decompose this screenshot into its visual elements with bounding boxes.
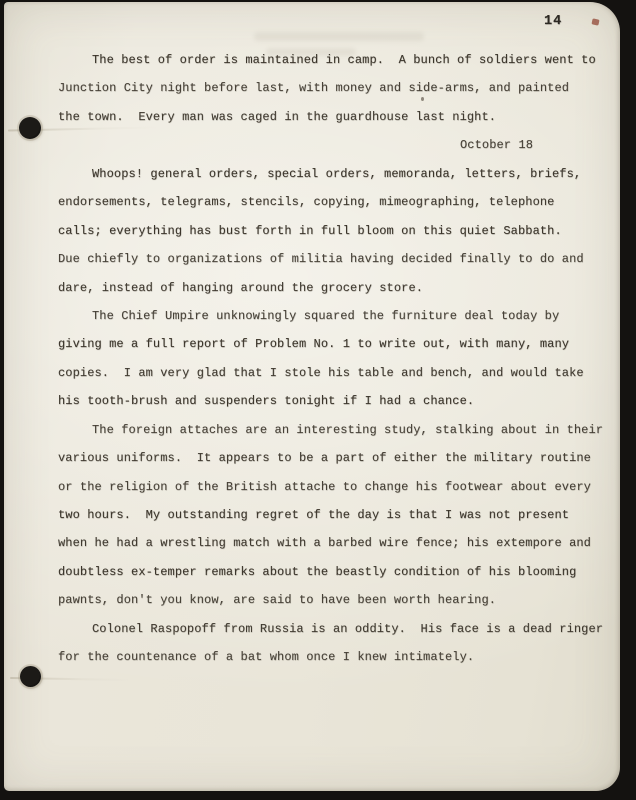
red-ink-fleck [591, 18, 599, 25]
text-line: doubtless ex-temper remarks about the be… [58, 558, 590, 586]
text-line: his tooth-brush and suspenders tonight i… [58, 387, 590, 415]
typewritten-text: The best of order is maintained in camp.… [58, 46, 590, 672]
text-line: the town. Every man was caged in the gua… [58, 103, 590, 131]
text-line: giving me a full report of Problem No. 1… [58, 330, 590, 358]
page-number: 14 [544, 14, 562, 29]
date-heading: October 18 [58, 131, 590, 159]
text-line: Due chiefly to organizations of militia … [58, 245, 590, 273]
text-line: Colonel Raspopoff from Russia is an oddi… [58, 615, 590, 643]
text-line: copies. I am very glad that I stole his … [58, 359, 590, 387]
text-line: or the religion of the British attache t… [58, 473, 590, 501]
text-line: The best of order is maintained in camp.… [58, 46, 590, 74]
text-line: The Chief Umpire unknowingly squared the… [58, 302, 590, 330]
text-line: pawnts, don't you know, are said to have… [58, 586, 590, 614]
text-line: Whoops! general orders, special orders, … [58, 160, 590, 188]
punch-hole-top [19, 117, 41, 139]
text-line: The foreign attaches are an interesting … [58, 416, 590, 444]
ink-smudge [254, 32, 424, 41]
text-line: two hours. My outstanding regret of the … [58, 501, 590, 529]
text-line: dare, instead of hanging around the groc… [58, 274, 590, 302]
scanned-page: 14 The best of order is maintained in ca… [4, 2, 620, 791]
text-line: when he had a wrestling match with a bar… [58, 529, 590, 557]
text-line: endorsements, telegrams, stencils, copyi… [58, 188, 590, 216]
text-line: various uniforms. It appears to be a par… [58, 444, 590, 472]
text-line: for the countenance of a bat whom once I… [58, 643, 590, 671]
punch-hole-bottom [20, 666, 41, 687]
text-line: Junction City night before last, with mo… [58, 74, 590, 102]
text-line: calls; everything has bust forth in full… [58, 217, 590, 245]
